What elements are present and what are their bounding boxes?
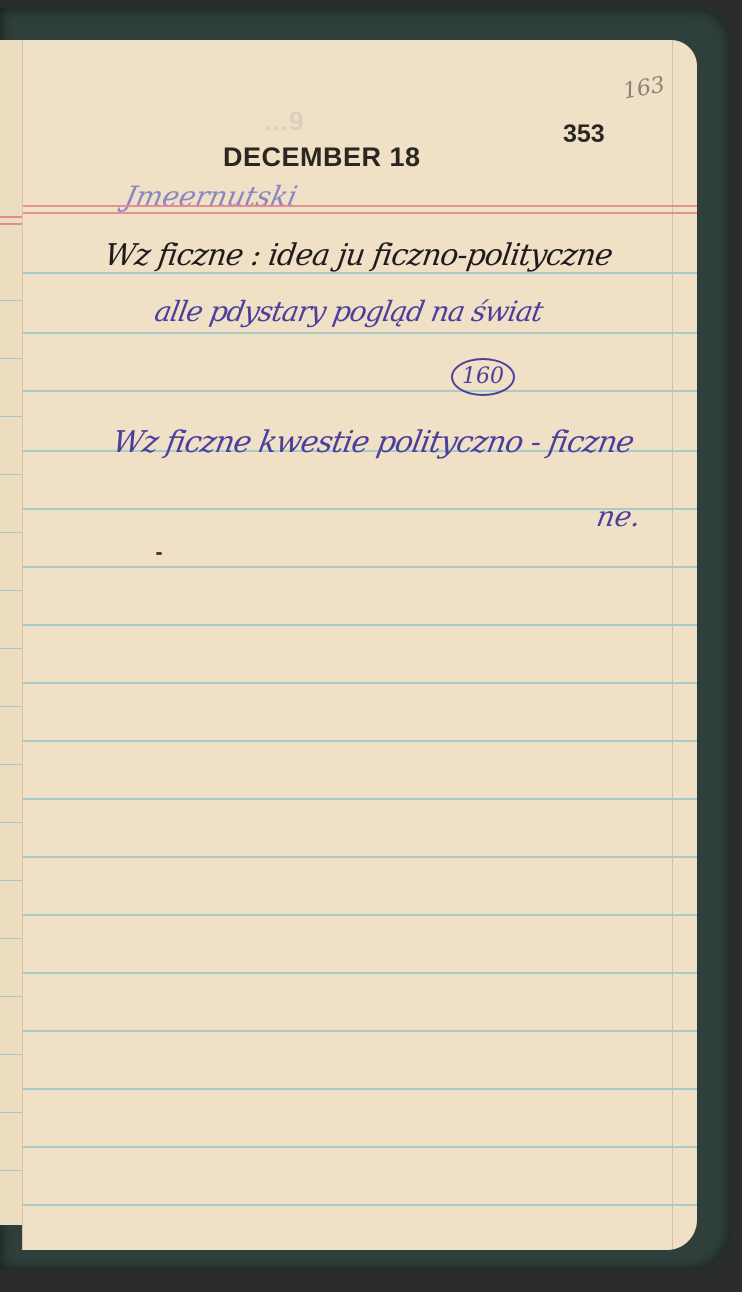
prev-blue-rule	[0, 416, 24, 417]
folio-number: 163	[621, 73, 667, 105]
prev-blue-rule	[0, 938, 24, 939]
blue-rule	[23, 972, 697, 974]
blue-rule	[23, 856, 697, 858]
prev-red-rule	[0, 223, 24, 225]
blue-rule	[23, 1204, 697, 1206]
day-of-year: 353	[563, 120, 605, 149]
handwritten-line-2: alle pdystary pogląd na świat	[152, 295, 545, 328]
blue-rule	[23, 332, 697, 334]
circled-number: 160	[451, 358, 515, 396]
blue-rule	[23, 1088, 697, 1090]
blue-rule	[23, 624, 697, 626]
prev-blue-rule	[0, 590, 24, 591]
prev-blue-rule	[0, 996, 24, 997]
prev-blue-rule	[0, 648, 24, 649]
prev-blue-rule	[0, 706, 24, 707]
diary-page: …9 163 353 DECEMBER18 Jmeernutski Wz fic…	[22, 40, 697, 1250]
blue-rule	[23, 390, 697, 392]
page-edge-shadow	[672, 40, 673, 1250]
prev-blue-rule	[0, 822, 24, 823]
prev-blue-rule	[0, 1054, 24, 1055]
red-header-rule	[23, 212, 697, 214]
red-header-rule	[23, 205, 697, 207]
date-month: DECEMBER	[223, 142, 382, 172]
prev-blue-rule	[0, 880, 24, 881]
date-day: 18	[390, 142, 421, 172]
prev-blue-rule	[0, 1170, 24, 1171]
blue-rule	[23, 740, 697, 742]
blue-rule	[23, 1146, 697, 1148]
prev-blue-rule	[0, 764, 24, 765]
prev-red-rule	[0, 216, 24, 218]
prev-blue-rule	[0, 358, 24, 359]
blue-rule	[23, 798, 697, 800]
blue-rule	[23, 508, 697, 510]
prev-blue-rule	[0, 532, 24, 533]
page-date: DECEMBER18	[223, 142, 421, 173]
prev-blue-rule	[0, 474, 24, 475]
ink-speck	[156, 552, 162, 555]
handwritten-line-3: Wz ficzne kwestie polityczno - ficzne	[110, 425, 636, 460]
prev-blue-rule	[0, 300, 24, 301]
bleed-through-text: …9	[263, 106, 303, 137]
blue-rule	[23, 566, 697, 568]
handwritten-line-1: Wz ficzne : idea ju ficzno-polityczne	[103, 238, 615, 273]
prev-blue-rule	[0, 1112, 24, 1113]
margin-note: Jmeernutski	[121, 180, 300, 213]
blue-rule	[23, 914, 697, 916]
blue-rule	[23, 682, 697, 684]
handwritten-line-4: ne.	[594, 500, 643, 533]
blue-rule	[23, 1030, 697, 1032]
